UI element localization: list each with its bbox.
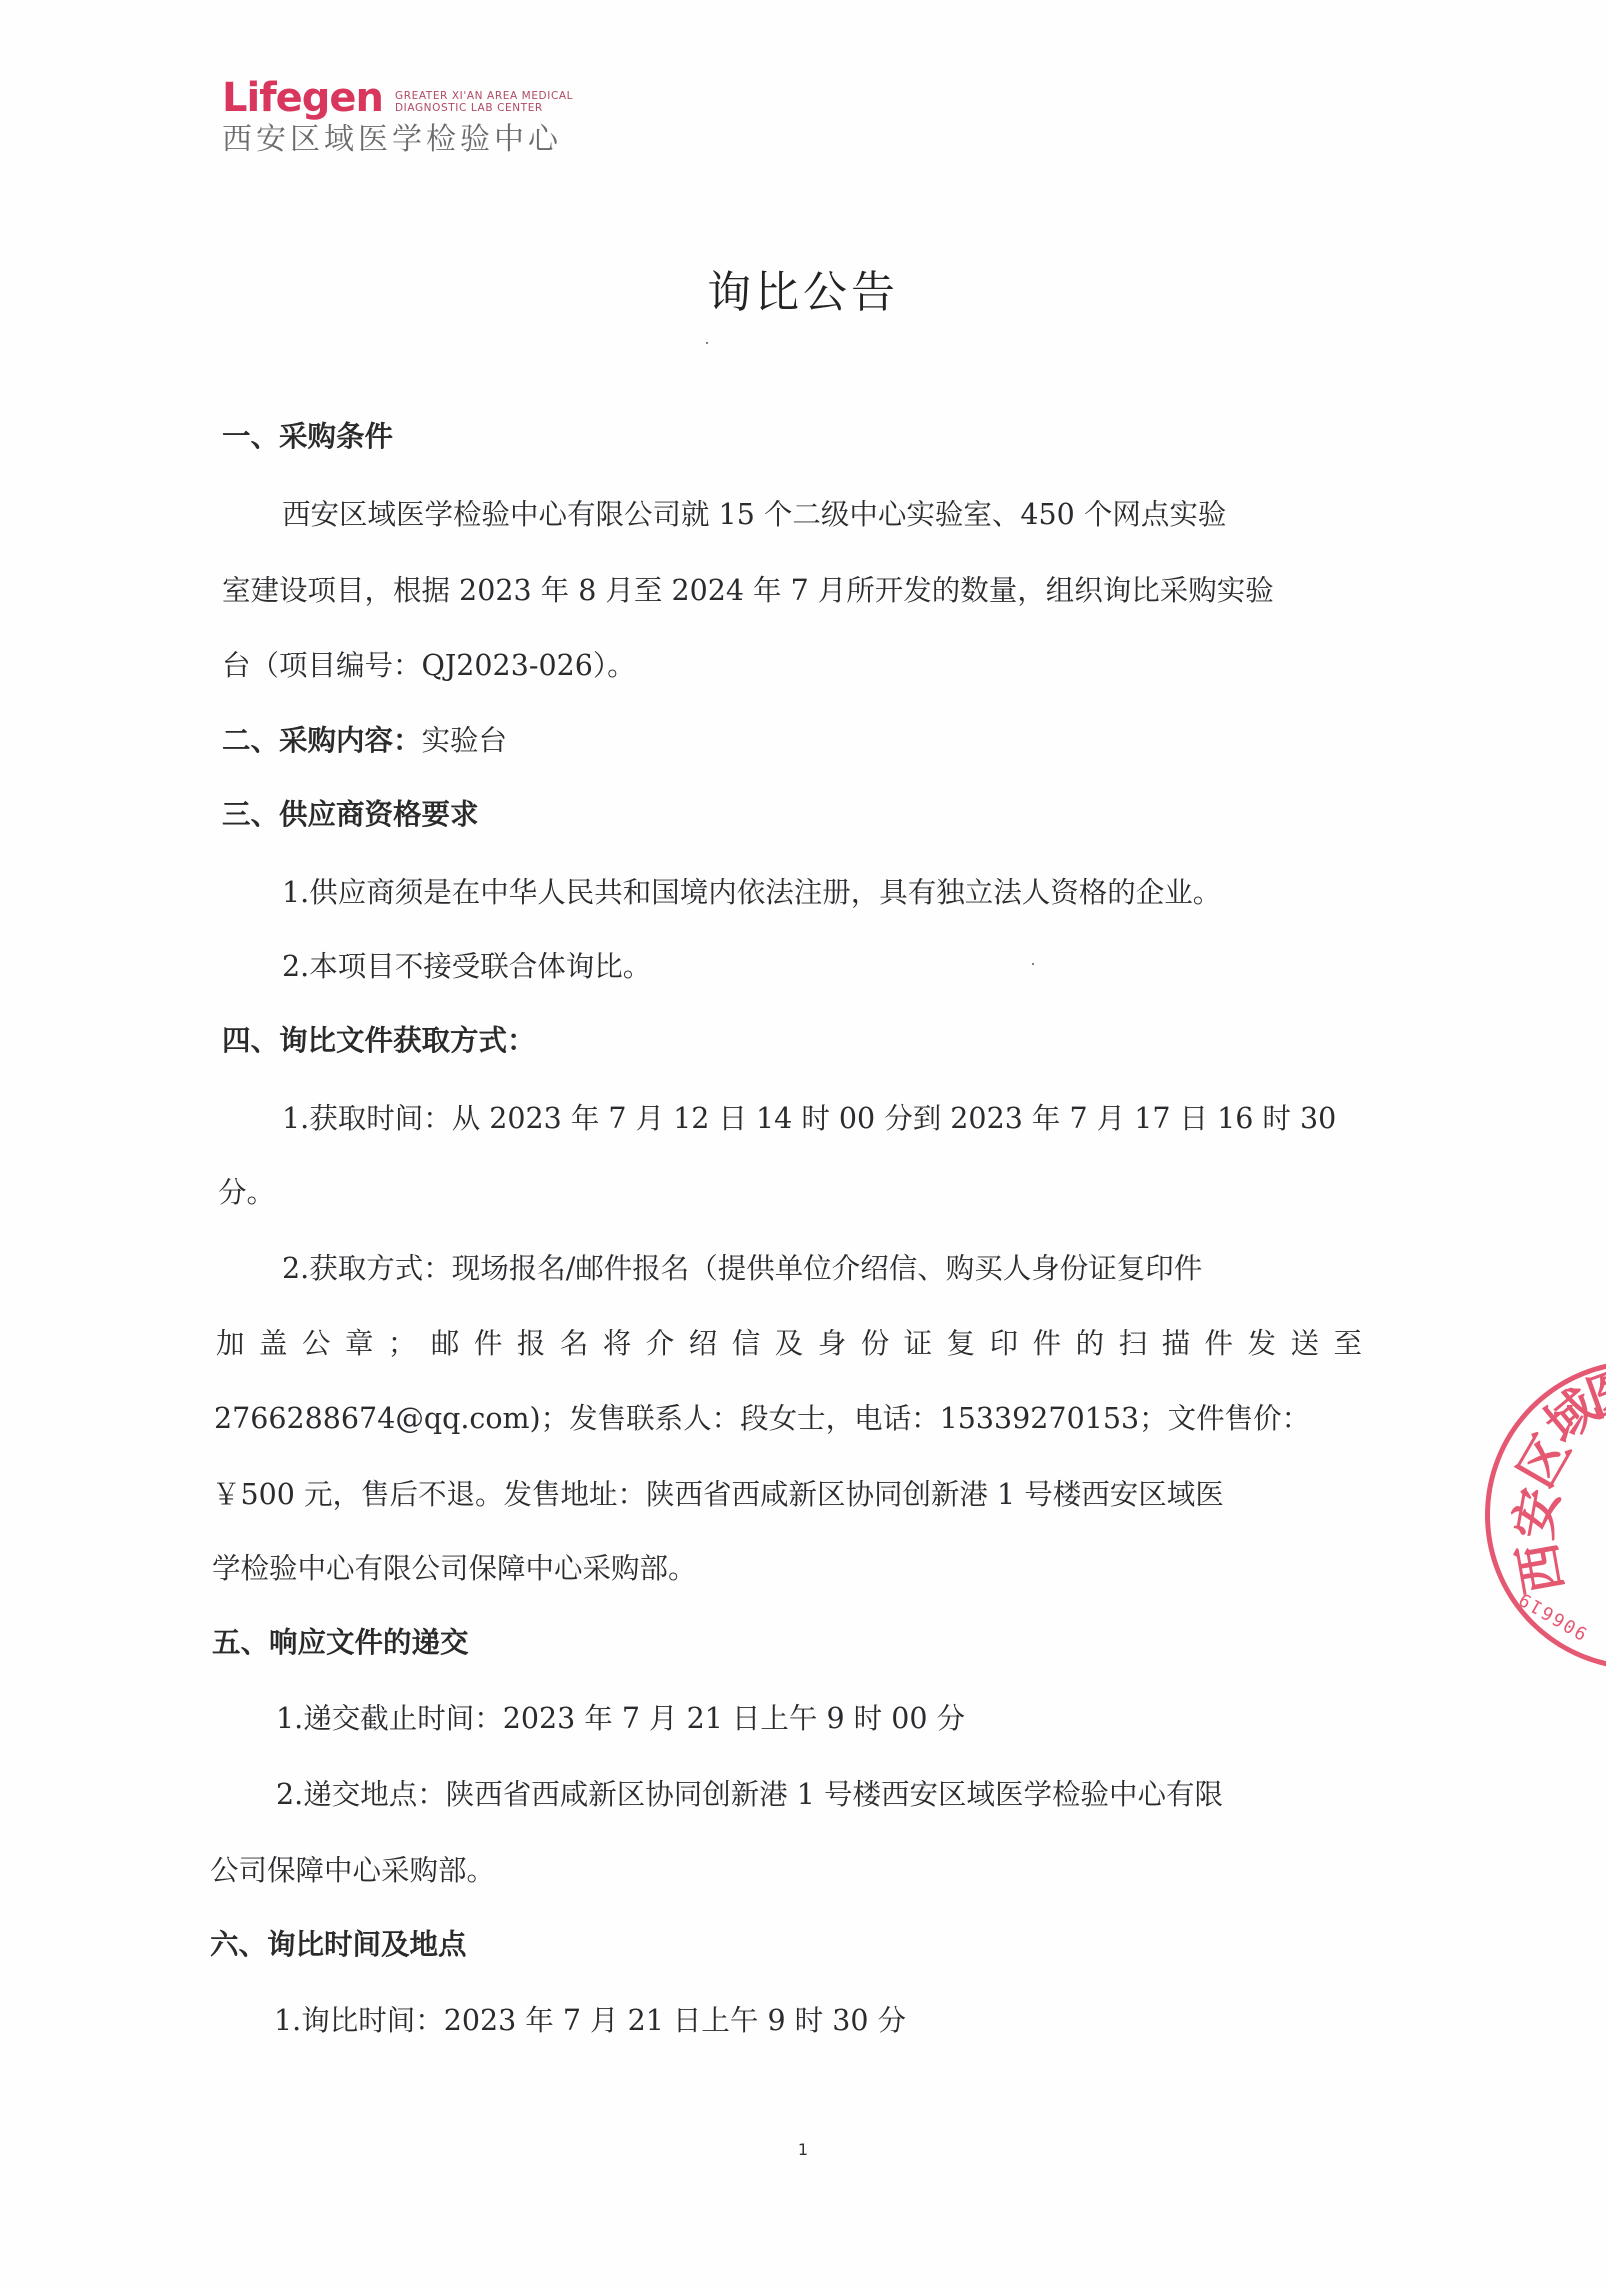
section-3-line-2: 2.本项目不接受联合体询比。 (282, 944, 651, 985)
logo-chinese-name: 西安区域医学检验中心 (222, 122, 573, 158)
section-heading-6: 六、询比时间及地点 (210, 1922, 467, 1963)
section-heading-3: 三、供应商资格要求 (222, 792, 479, 833)
seal-char-1: 西 (1497, 1538, 1577, 1600)
section-heading-4: 四、询比文件获取方式： (222, 1018, 536, 1059)
section-2-value: 实验台 (422, 724, 508, 757)
scan-speck (706, 342, 708, 344)
seal-code-digits: 906619 (1514, 1587, 1591, 1644)
section-1-line-3: 台（项目编号：QJ2023-026）。 (222, 643, 636, 684)
section-4-line-5: 2766288674@qq.com)；发售联系人：段女士，电话：15339270… (214, 1396, 1310, 1437)
logo-english-line-1: GREATER XI'AN AREA MEDICAL (395, 90, 573, 102)
section-1-line-2: 室建设项目，根据 2023 年 8 月至 2024 年 7 月所开发的数量，组织… (222, 568, 1274, 609)
section-heading-5: 五、响应文件的递交 (212, 1620, 469, 1661)
section-heading-2-row: 二、采购内容：实验台 (222, 718, 507, 759)
section-4-line-1: 1.获取时间：从 2023 年 7 月 12 日 14 时 00 分到 2023… (282, 1096, 1336, 1137)
section-6-line-1: 1.询比时间：2023 年 7 月 21 日上午 9 时 30 分 (274, 1998, 906, 2039)
company-logo: Lifegen GREATER XI'AN AREA MEDICAL DIAGN… (222, 78, 573, 158)
section-4-line-3: 2.获取方式：现场报名/邮件报名（提供单位介绍信、购买人身份证复印件 (282, 1246, 1202, 1287)
section-heading-2: 二、采购内容： (222, 724, 422, 757)
section-1-line-1: 西安区域医学检验中心有限公司就 15 个二级中心实验室、450 个网点实验 (282, 492, 1226, 533)
section-4-line-6: ￥500 元，售后不退。发售地址：陕西省西咸新区协同创新港 1 号楼西安区域医 (212, 1472, 1224, 1513)
official-seal-stamp: 西 安 区 域 医 906619 (1485, 1360, 1606, 1670)
section-5-line-2: 2.递交地点：陕西省西咸新区协同创新港 1 号楼西安区域医学检验中心有限 (276, 1772, 1223, 1813)
document-title: 询比公告 (0, 256, 1606, 320)
logo-brand: Lifegen (222, 78, 383, 118)
section-4-line-2: 分。 (218, 1170, 275, 1211)
logo-english-name: GREATER XI'AN AREA MEDICAL DIAGNOSTIC LA… (395, 90, 573, 118)
page-number: 1 (0, 2140, 1606, 2159)
document-page: Lifegen GREATER XI'AN AREA MEDICAL DIAGN… (0, 0, 1606, 2290)
section-4-line-7: 学检验中心有限公司保障中心采购部。 (212, 1546, 697, 1587)
section-5-line-1: 1.递交截止时间：2023 年 7 月 21 日上午 9 时 00 分 (276, 1696, 965, 1737)
section-heading-1: 一、采购条件 (222, 414, 393, 455)
section-3-line-1: 1.供应商须是在中华人民共和国境内依法注册，具有独立法人资格的企业。 (282, 870, 1221, 911)
section-4-line-4: 加盖公章；邮件报名将介绍信及身份证复印件的扫描件发送至 (216, 1321, 1362, 1362)
logo-english-line-2: DIAGNOSTIC LAB CENTER (395, 102, 573, 114)
scan-speck (1032, 963, 1034, 965)
section-5-line-3: 公司保障中心采购部。 (210, 1848, 495, 1889)
